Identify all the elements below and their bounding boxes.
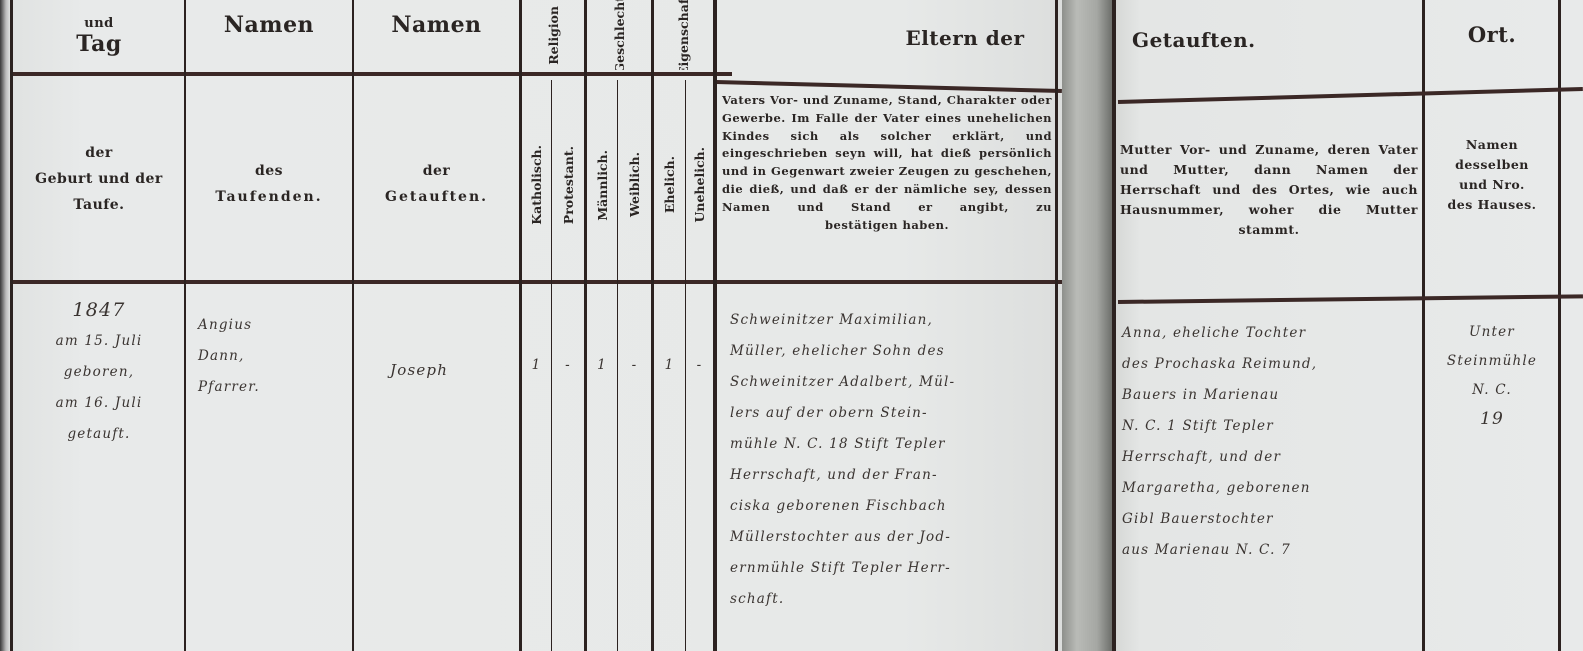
subheader-protestant: Protestant. xyxy=(552,90,584,280)
entry-father: Schweinitzer Maximilian, Müller, ehelich… xyxy=(730,305,1055,615)
mark-unehelich: - xyxy=(686,350,713,380)
subheader-weiblich: Weiblich. xyxy=(618,90,651,280)
subheader-unehelich: Unehelich. xyxy=(686,90,713,280)
page-left-border xyxy=(1112,0,1116,651)
subheader-ehelich: Ehelich. xyxy=(654,90,685,280)
header-religion: Religion xyxy=(522,0,584,70)
header-gender: Geschlecht xyxy=(587,0,651,70)
entry-baptized: Joseph xyxy=(390,355,510,386)
header-mother: Getauften. xyxy=(1132,20,1332,60)
header-rule xyxy=(12,72,732,76)
mark-protestant: - xyxy=(552,350,584,380)
subheader-father: Vaters Vor- und Zuname, Stand, Charakter… xyxy=(722,92,1052,235)
mark-weiblich: - xyxy=(618,350,651,380)
column-divider xyxy=(1558,0,1561,651)
header-rule xyxy=(1118,87,1583,104)
header-legitimacy: Eigenschaft xyxy=(654,0,713,70)
column-divider xyxy=(10,0,13,651)
subheader-mother: Mutter Vor- und Zuname, deren Vater und … xyxy=(1120,140,1418,240)
column-divider xyxy=(713,0,717,651)
subheader-place: Namen desselben und Nro. des Hauses. xyxy=(1426,120,1558,230)
book-gutter xyxy=(1062,0,1112,651)
column-divider xyxy=(184,0,186,651)
mark-katholisch: 1 xyxy=(522,350,551,380)
header-baptizer: Namen xyxy=(186,0,352,50)
entry-mother: Anna, eheliche Tochter des Prochaska Rei… xyxy=(1122,318,1420,566)
subheader-date: der Geburt und der Taufe. xyxy=(14,90,184,270)
header-date: und Tag xyxy=(14,2,184,70)
page-right-border xyxy=(1055,0,1058,651)
page-edge xyxy=(0,0,10,651)
entry-place: Unter Steinmühle N. C. 19 xyxy=(1426,318,1558,434)
subheader-maennlich: Männlich. xyxy=(587,90,617,280)
subheader-rule xyxy=(1118,294,1583,304)
subheader-baptized: der Getauften. xyxy=(354,110,519,260)
header-place: Ort. xyxy=(1426,14,1558,54)
header-parents: Eltern der xyxy=(880,20,1050,56)
header-date-line2: Tag xyxy=(76,31,121,57)
entry-date: 1847 am 15. Juli geboren, am 16. Juli ge… xyxy=(14,295,184,450)
left-page: und Tag Namen Namen Religion Geschlecht … xyxy=(0,0,1062,651)
subheader-katholisch: Katholisch. xyxy=(522,90,551,280)
entry-baptizer: Angius Dann, Pfarrer. xyxy=(198,310,348,403)
column-divider xyxy=(352,0,354,651)
mark-maennlich: 1 xyxy=(587,350,617,380)
header-baptized: Namen xyxy=(354,0,519,50)
subheader-baptizer: des Taufenden. xyxy=(186,110,352,260)
column-divider xyxy=(1422,0,1425,651)
subheader-rule xyxy=(12,280,1062,284)
mark-ehelich: 1 xyxy=(654,350,685,380)
right-page: Getauften. Ort. Mutter Vor- und Zuname, … xyxy=(1112,0,1583,651)
header-date-line1: und xyxy=(84,16,114,31)
